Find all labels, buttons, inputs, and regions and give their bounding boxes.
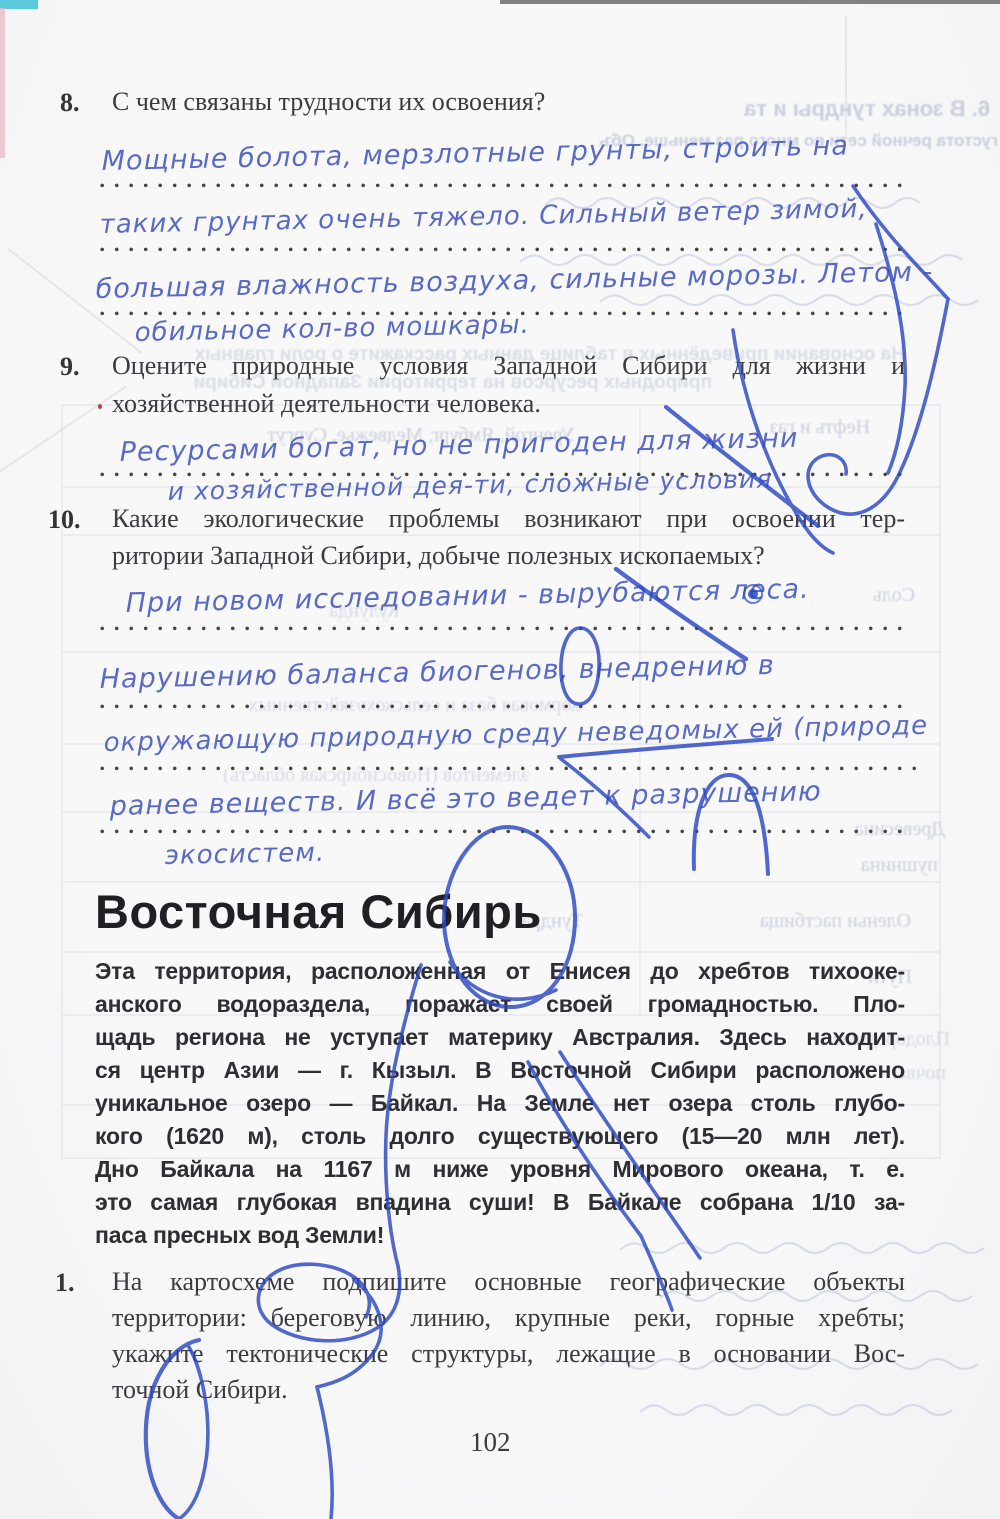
page-number: 102	[470, 1428, 511, 1458]
red-speck	[98, 404, 102, 409]
bleed-text: Оленьи пастбища	[686, 910, 911, 933]
question-1-text: укажите тектонические структуры, лежащие…	[112, 1340, 905, 1369]
paragraph-line: Дно Байкала на 1167 м ниже уровня Мирово…	[95, 1156, 905, 1183]
bleed-text: 6. В зонах тундры и та	[640, 96, 990, 122]
paragraph-line: Эта территория, расположенная от Енисея …	[95, 958, 905, 985]
question-9-text: хозяйственной деятельности человека.	[112, 390, 541, 419]
paragraph-line: щадь региона не уступает материку Австра…	[95, 1024, 905, 1051]
section-title: Восточная Сибирь	[95, 884, 542, 939]
answer-10-line: экосистем.	[164, 838, 325, 871]
answer-rule	[100, 829, 906, 834]
question-1-text: точной Сибири.	[112, 1376, 288, 1405]
paragraph-line: паса пресных вод Земли!	[95, 1222, 905, 1249]
paragraph-line: это самая глубокая впадина суши! В Байка…	[95, 1189, 905, 1216]
question-1-text: На картосхеме подпишите основные географ…	[112, 1268, 905, 1297]
answer-10-line: Нарушению баланса биогенов, внедрению в	[99, 650, 775, 695]
question-10-number: 10.	[48, 505, 81, 535]
bleed-text: Соль	[845, 584, 915, 607]
question-1-number: 1.	[55, 1268, 75, 1298]
scan-edge-pink-strip	[0, 8, 5, 158]
question-8-text: С чем связаны трудности их освоения?	[112, 88, 545, 117]
question-8-number: 8.	[60, 88, 80, 118]
pen-stroke	[808, 299, 948, 514]
answer-rule	[100, 183, 906, 188]
question-10-text: ритории Западной Сибири, добыче полезных…	[112, 542, 765, 571]
question-9-text: Оцените природные условия Западной Сибир…	[112, 352, 905, 381]
paragraph-line: ся центр Азии — г. Кызыл. В Восточной Си…	[95, 1057, 905, 1084]
answer-8-line: большая влажность воздуха, сильные мороз…	[95, 256, 933, 305]
question-10-text: Какие экологические проблемы возникают п…	[112, 505, 905, 534]
scan-edge-dark-strip	[500, 0, 1000, 4]
answer-rule	[100, 704, 906, 709]
question-9-number: 9.	[60, 352, 80, 382]
answer-rule	[100, 247, 906, 252]
answer-9-line: и хозяйственной дея-ти, сложные условия	[167, 464, 772, 506]
answer-10-line: окружающую природную среду неведомых ей …	[103, 711, 928, 758]
workbook-page: 6. В зонах тундры и та густота речной се…	[0, 0, 1000, 1519]
paragraph-line: анского водораздела, поражает своей гром…	[95, 991, 905, 1018]
scan-edge-cyan-strip	[0, 0, 38, 9]
paragraph-line: кого (1620 м), столь долго существующего…	[95, 1123, 905, 1150]
answer-rule	[100, 626, 906, 631]
pen-loop	[179, 1344, 208, 1519]
paragraph-line: уникальное озеро — Байкал. На Земле нет …	[95, 1090, 905, 1117]
answer-8-line: Мощные болота, мерзлотные грунты, строит…	[101, 130, 849, 177]
bleed-text: пушнина	[838, 854, 938, 877]
pen-stroke	[317, 1387, 332, 1519]
answer-8-line: таких грунтах очень тяжело. Сильный вете…	[99, 194, 868, 240]
answer-rule	[100, 766, 926, 771]
answer-10-line: При новом исследовании - вырубаются леса…	[125, 574, 810, 619]
question-1-text: территории: береговую линию, крупные рек…	[112, 1304, 905, 1333]
